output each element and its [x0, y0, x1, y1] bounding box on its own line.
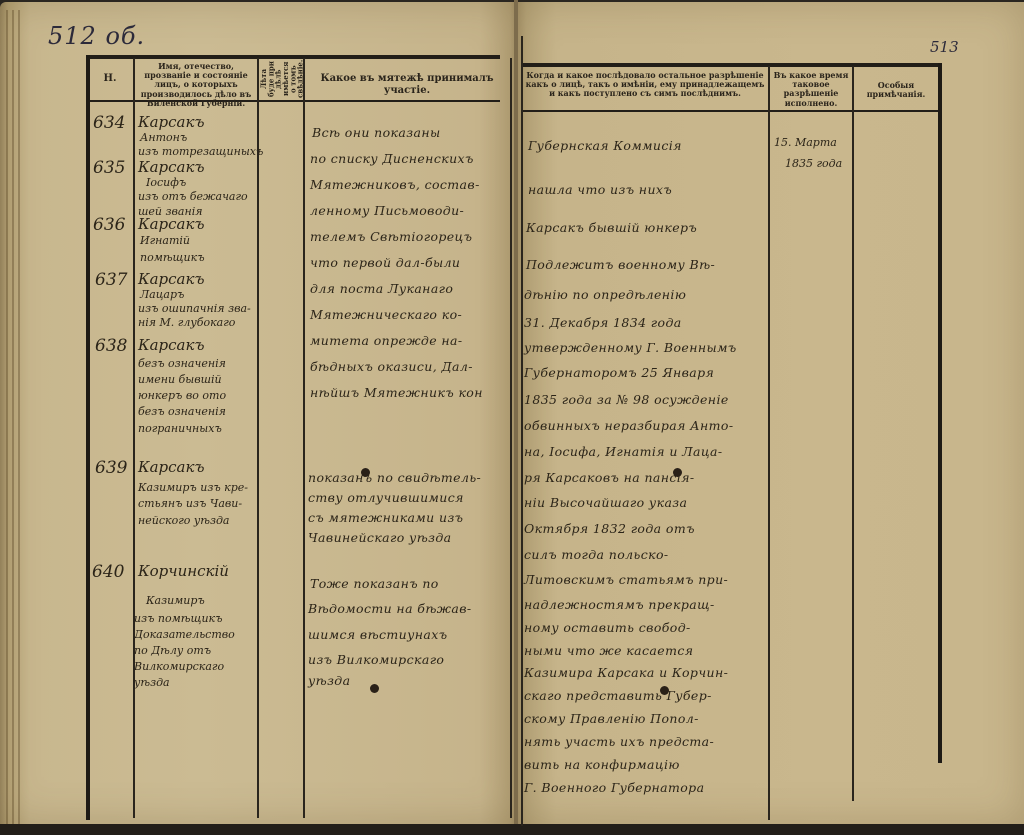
participation-line: ленному Письмоводи-	[310, 203, 464, 218]
table-top-rule-right	[522, 63, 942, 67]
entry-status: изъ тотрезащиныхъ	[138, 145, 263, 158]
column-divider	[133, 58, 135, 818]
participation-line: телемъ Свѣтiогорецъ	[310, 229, 472, 244]
participation-line: Вѣдомости на бѣжав-	[308, 601, 472, 616]
column-divider	[510, 58, 512, 818]
header-number: Н.	[88, 73, 132, 85]
participation-line: Тоже показанъ по	[310, 576, 439, 591]
page-stack-edge	[12, 10, 14, 827]
open-book-spread: 512 об. 513 Н. Имя, отечество, прозванiе…	[0, 0, 1024, 835]
table-left-border	[86, 55, 90, 820]
entry-status: безъ означенiя	[138, 357, 226, 370]
entry-status: юнкеръ во ото	[138, 389, 226, 402]
entry-status: безъ означенiя	[138, 405, 226, 418]
participation-line: показанъ по свидѣтель-	[308, 470, 481, 485]
header-resolution: Когда и какое послѣдовало остальное разр…	[523, 71, 767, 99]
resolution-line: утвержденному Г. Военнымъ	[524, 340, 737, 355]
column-divider	[257, 58, 259, 818]
executed-date-year: 1835 года	[785, 157, 842, 170]
resolution-line: Губернаторомъ 25 Января	[524, 365, 714, 380]
page-stack-edge	[6, 10, 8, 827]
resolution-line: Подлежитъ военному Вѣ-	[526, 257, 715, 272]
resolution-line: обвинныхъ неразбирая Анто-	[524, 418, 733, 433]
entry-first-name: Лацаръ	[140, 288, 184, 301]
ink-blot	[370, 684, 379, 693]
entry-first-name: Iосифъ	[146, 176, 186, 189]
resolution-line: нашла что изъ нихъ	[528, 182, 672, 197]
ink-blot	[660, 686, 669, 695]
column-divider	[768, 66, 770, 820]
entry-number: 640	[92, 562, 124, 582]
resolution-line: ря Карсаковъ на пансiя-	[524, 470, 695, 485]
entry-first-name: Казимиръ	[146, 594, 205, 607]
ink-blot	[361, 468, 370, 477]
participation-line: съ мятежниками изъ	[308, 510, 463, 525]
header-executed: Въ какое время таковое разрѣшенiе исполн…	[770, 71, 852, 108]
book-gutter	[514, 0, 518, 830]
entry-status: помѣщикъ	[140, 251, 205, 264]
participation-line: по списку Дисненскихъ	[310, 151, 474, 166]
resolution-line: Казимира Карсака и Корчин-	[524, 665, 728, 680]
entry-status: Вилкомирскаго	[134, 660, 224, 673]
entry-status: нейского уѣзда	[138, 514, 230, 527]
background-edge	[0, 824, 1024, 835]
participation-line: что первой дал-были	[310, 255, 460, 270]
header-notes: Особыя примѣчанiя.	[854, 81, 938, 99]
folio-number-right: 513	[930, 38, 959, 56]
entry-number: 636	[93, 215, 125, 235]
participation-line: Всѣ они показаны	[312, 125, 441, 140]
entry-number: 638	[95, 336, 127, 356]
ink-blot	[673, 468, 682, 477]
entry-status: стьянъ изъ Чави-	[138, 497, 242, 510]
entry-surname: Карсакъ	[138, 270, 204, 288]
resolution-line: дѣнiю по опредѣленiю	[524, 287, 686, 302]
entry-surname: Карсакъ	[138, 215, 204, 233]
resolution-line: скаго представить Губер-	[524, 688, 712, 703]
entry-surname: Карсакъ	[138, 458, 204, 476]
participation-line: Мятежниковъ, состав-	[310, 177, 480, 192]
entry-number: 639	[95, 458, 127, 478]
table-right-border	[938, 63, 942, 763]
resolution-line: ному оставить свобод-	[524, 620, 691, 635]
resolution-line: надлежностямъ прекращ-	[524, 597, 715, 612]
resolution-line: нiи Высочайшаго указа	[524, 495, 687, 510]
header-participation: Какое въ мятежѣ принималъ участiе.	[306, 73, 508, 96]
participation-line: Мятежническаго ко-	[310, 307, 462, 322]
participation-line: изъ Вилкомирскаго	[308, 652, 444, 667]
entry-status: нiя М. глубокаго	[138, 316, 235, 329]
participation-line: Чавинейскаго уѣзда	[308, 530, 452, 545]
participation-line: уѣзда	[308, 673, 350, 688]
resolution-line: вить на конфирмацiю	[524, 757, 680, 772]
resolution-line: скому Правленiю Попол-	[524, 711, 699, 726]
resolution-line: Октября 1832 года отъ	[524, 521, 695, 536]
entry-status: изъ помѣщикъ	[134, 612, 222, 625]
entry-status: по Дѣлу отъ	[134, 644, 211, 657]
participation-line: нѣйшъ Мятежникъ кон	[310, 385, 483, 400]
entry-number: 634	[93, 113, 125, 133]
participation-line: ству отлучившимися	[308, 490, 464, 505]
participation-line: шимся вѣстиунахъ	[308, 627, 447, 642]
executed-date-day-month: 15. Марта	[774, 136, 837, 149]
entry-status: изъ отъ бежачаго	[138, 190, 248, 203]
resolution-line: силъ тогда польско-	[524, 547, 669, 562]
entry-number: 635	[93, 158, 125, 178]
header-name: Имя, отечество, прозванiе и состоянiе ли…	[136, 62, 256, 108]
entry-surname: Карсакъ	[138, 158, 204, 176]
entry-status: Казимиръ изъ кре-	[138, 481, 248, 494]
resolution-line: Губернская Коммисiя	[528, 138, 682, 153]
entry-status: уѣзда	[134, 676, 170, 689]
resolution-line: ными что же касается	[524, 643, 693, 658]
entry-surname: Корчинскiй	[138, 562, 229, 580]
resolution-line: на, Iосифа, Игнатiя и Лаца-	[524, 444, 722, 459]
entry-status: имени бывшiй	[138, 373, 222, 386]
participation-line: митета опрежде на-	[310, 333, 463, 348]
resolution-line: Г. Военного Губернатора	[524, 780, 704, 795]
participation-line: для поста Луканаго	[310, 281, 453, 296]
header-age: Лѣта буде при дѣлѣ имѣется о томъ свѣдѣн…	[260, 60, 302, 98]
entry-first-name: Игнатiй	[140, 234, 190, 247]
entry-status: Доказательство	[134, 628, 235, 641]
folio-number-left: 512 об.	[48, 22, 145, 50]
resolution-line: нять участь ихъ предста-	[524, 734, 714, 749]
entry-first-name: Антонъ	[140, 131, 187, 144]
entry-number: 637	[95, 270, 127, 290]
resolution-line: Литовскимъ статьямъ при-	[524, 572, 728, 587]
column-divider	[521, 36, 523, 826]
resolution-line: 31. Декабря 1834 года	[524, 315, 682, 330]
column-divider	[303, 58, 305, 818]
header-bottom-rule-right	[522, 110, 942, 112]
page-stack-edge	[18, 10, 20, 827]
resolution-line: 1835 года за № 98 осужденiе	[524, 392, 729, 407]
entry-surname: Карсакъ	[138, 113, 204, 131]
resolution-line: Карсакъ бывшiй юнкеръ	[526, 220, 697, 235]
table-top-rule-left	[87, 55, 500, 59]
entry-surname: Карсакъ	[138, 336, 204, 354]
participation-line: бѣдныхъ оказиcи, Дал-	[310, 359, 473, 374]
entry-status: пограничныхъ	[138, 422, 222, 435]
entry-status: изъ ошипачнiя зва-	[138, 302, 251, 315]
column-divider	[852, 66, 854, 801]
